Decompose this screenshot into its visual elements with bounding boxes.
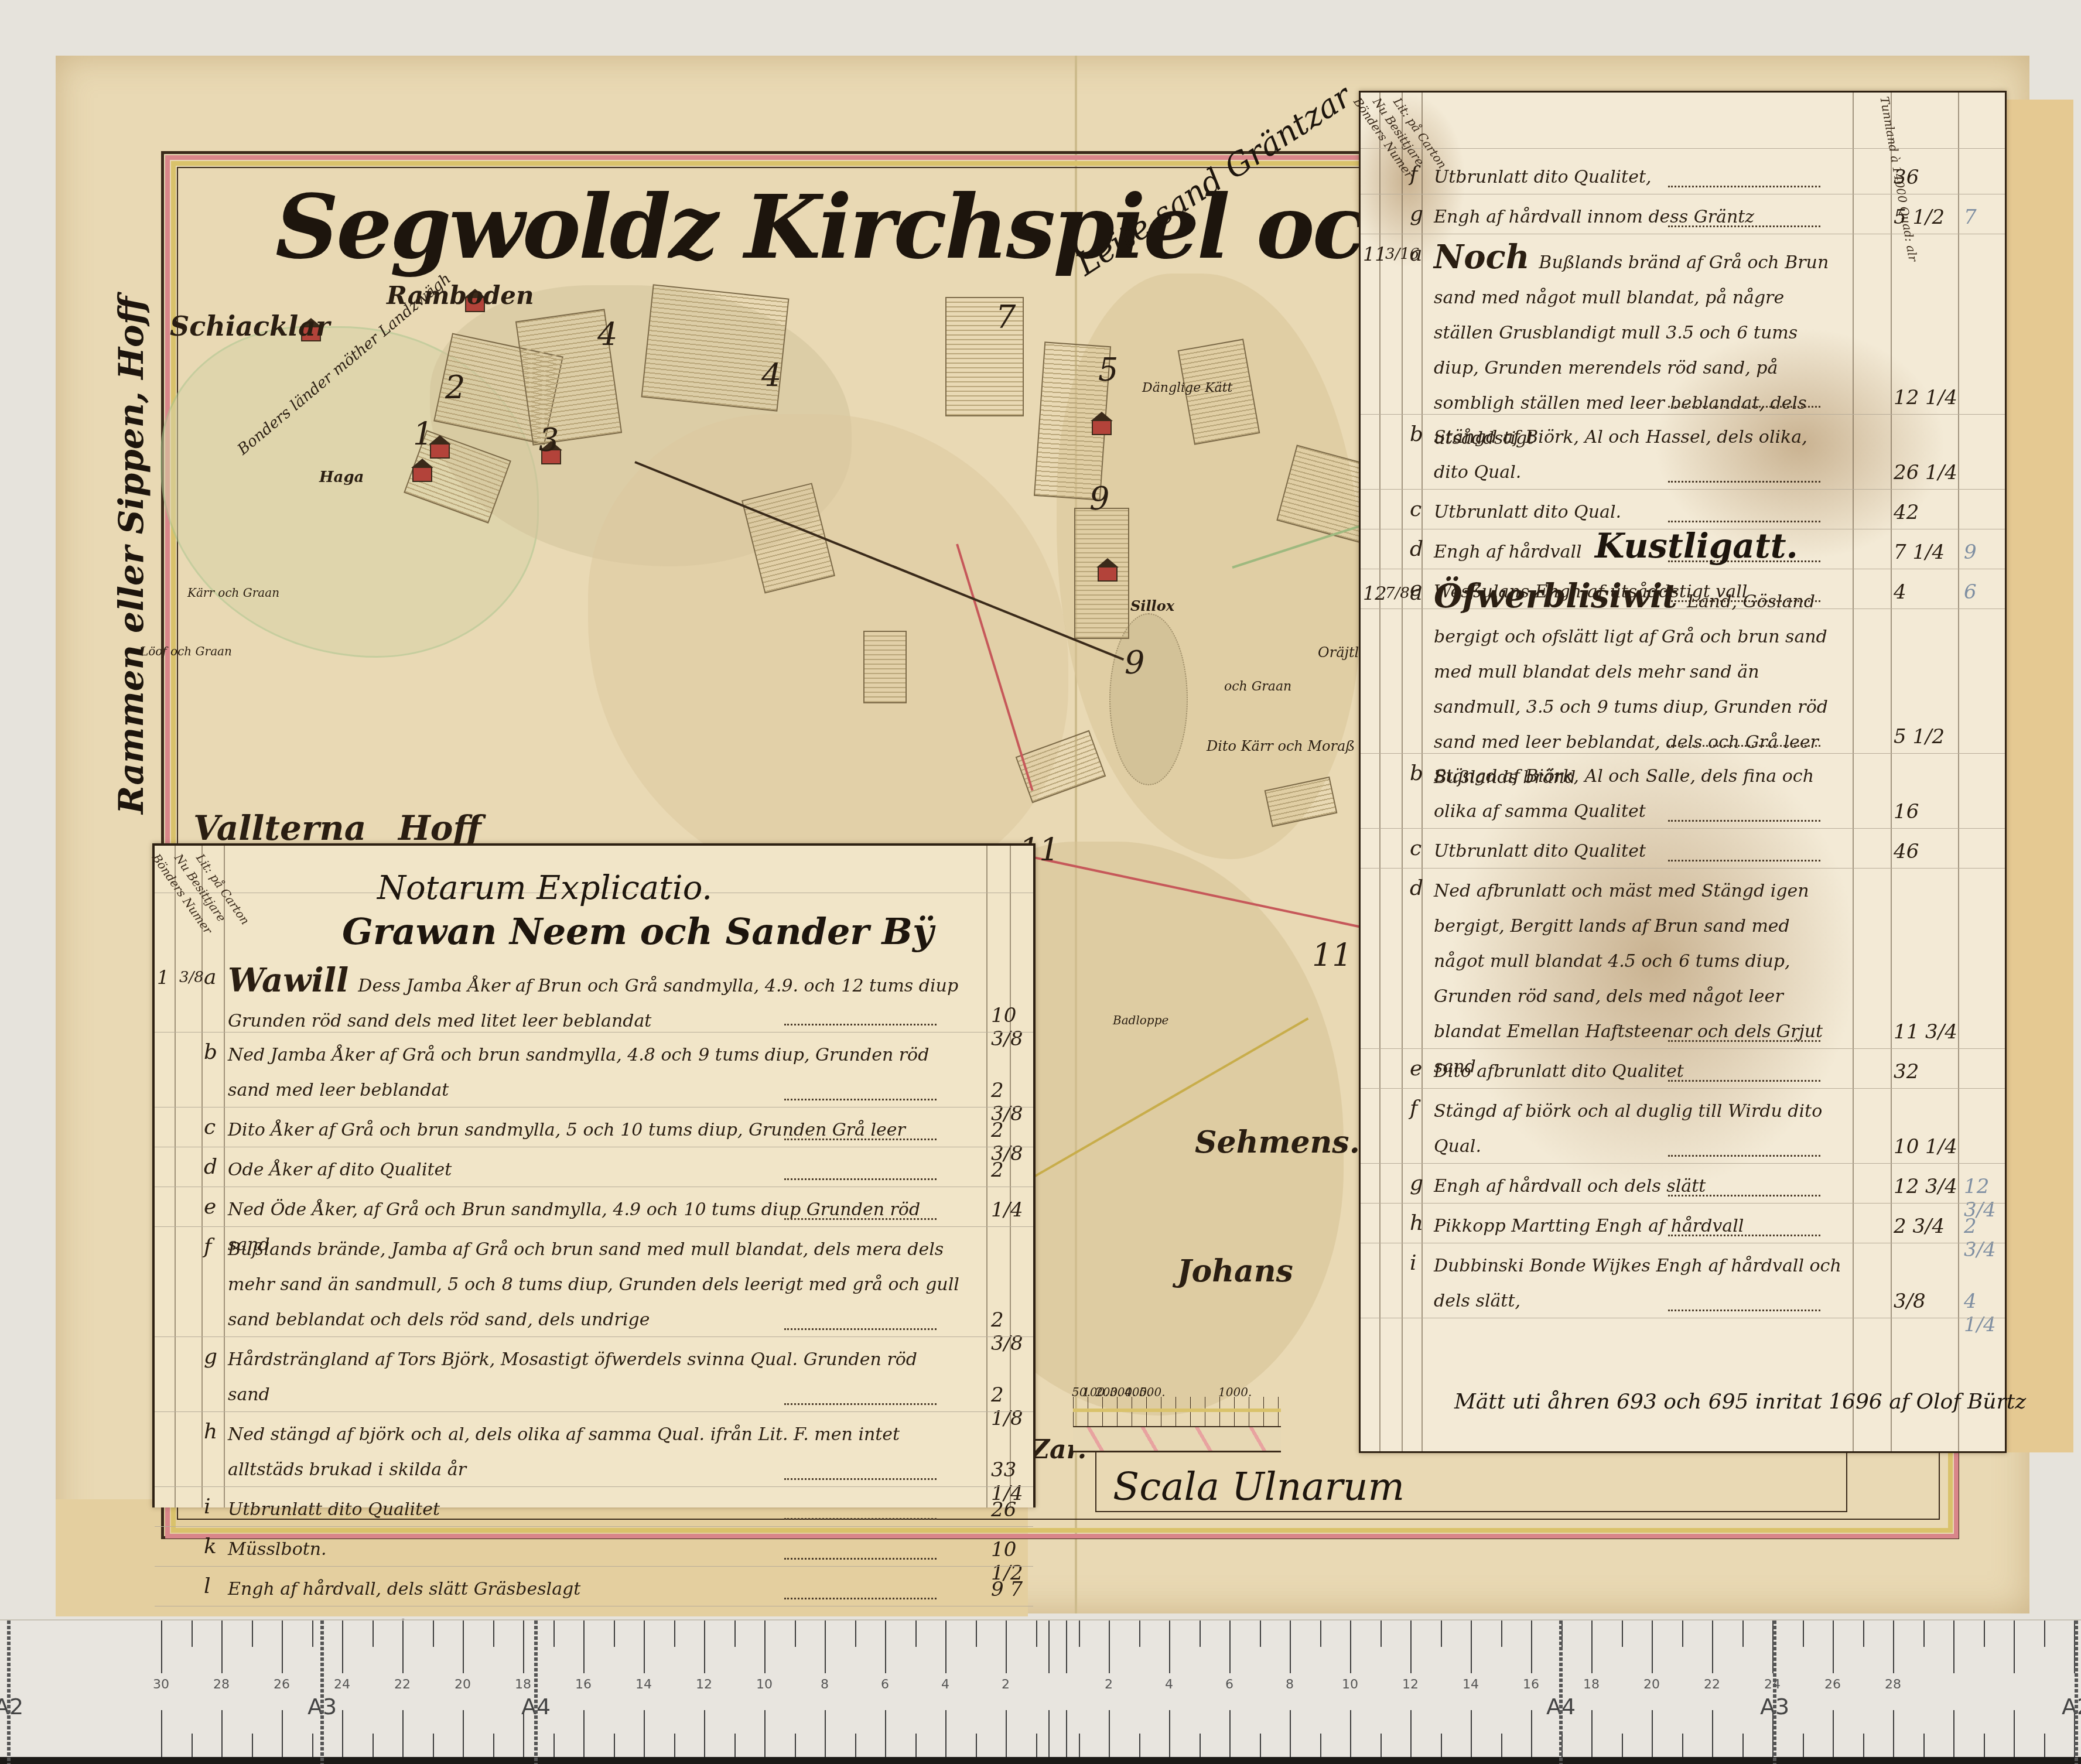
ruled-line (1361, 569, 2005, 569)
legend-letter: a (1410, 242, 1422, 266)
ruler-tick (1652, 1710, 1653, 1757)
ruler-tick (1984, 1621, 1985, 1647)
leader-dots (784, 1024, 937, 1025)
pencil-annotation: 9 (1964, 541, 1977, 564)
ruled-line (155, 1107, 1033, 1107)
ruler-tick (1953, 1621, 1954, 1673)
scale-title: Scala Ulnarum (1113, 1464, 1405, 1509)
plot-number: 12 (1363, 582, 1387, 604)
ruler-tick (1066, 1710, 1067, 1757)
ruler-tick (1501, 1621, 1502, 1647)
ruler-tick (976, 1621, 977, 1647)
ruled-line (155, 1032, 1033, 1033)
area-value: 2 (991, 1158, 1004, 1182)
ruler-tick (1803, 1621, 1804, 1647)
legend-entry: gHårdsträngland af Tors Björk, Mosastigt… (155, 1342, 1033, 1413)
legend-entry: fUtbrunlatt dito Qualitet,36 (1361, 160, 2005, 195)
ruler-tick (1320, 1734, 1321, 1757)
ruler-tick (1652, 1621, 1653, 1673)
legend-letter: e (204, 1195, 216, 1219)
legend-entry: cUtbrunlatt dito Qualitet46 (1361, 834, 2005, 869)
legend-description: Ned afbrunlatt och mäst med Stängd igen … (1434, 874, 1844, 1085)
ruler-tick (1501, 1734, 1502, 1757)
legend-description: Engh af hårdvall, dels slätt Gräsbeslagt (228, 1572, 960, 1607)
leader-dots (1668, 860, 1820, 862)
ruler-tick (402, 1710, 404, 1757)
legend-entry: gEngh af hårdvall och dels slätt12 3/412… (1361, 1169, 2005, 1204)
ruler-tick (1066, 1621, 1067, 1673)
ruler-number: 4 (1165, 1677, 1173, 1692)
ruled-line (155, 1336, 1033, 1337)
legend-description: Stängd af Biörk, Al och Salle, dels fina… (1434, 759, 1844, 829)
ruler-tick (1036, 1734, 1037, 1757)
legend-letter: b (204, 1040, 217, 1064)
ruler-tick (1260, 1621, 1261, 1647)
leader-dots (784, 1099, 937, 1100)
ruler-tick (885, 1710, 886, 1757)
legend-entry: cDito Åker af Grå och brun sandmylla, 5 … (155, 1113, 1033, 1148)
leader-dots (1668, 1235, 1820, 1236)
paper-size-line (1773, 1621, 1776, 1764)
ruler-number: 14 (1462, 1677, 1479, 1692)
holding-name: Noch (1434, 238, 1529, 276)
ruler-tick (373, 1621, 374, 1647)
field-note: Löof och Graan (141, 644, 232, 658)
ruled-line (155, 1147, 1033, 1147)
ruler-tick (1200, 1734, 1201, 1757)
description-text: Utbrunlatt dito Qual. (1434, 502, 1621, 522)
ruled-line (1361, 234, 2005, 234)
legend-letter: g (204, 1345, 217, 1369)
scale-bar-yellow (1073, 1409, 1281, 1412)
ruler-tick (221, 1621, 223, 1673)
ruler-tick (1169, 1621, 1170, 1673)
area-value: 26 (991, 1498, 1016, 1522)
legend-entry: dOde Åker af dito Qualitet2 (155, 1153, 1033, 1188)
region-label-haga: Haga (319, 469, 364, 486)
legend-entry: fStängd af biörk och al duglig till Wird… (1361, 1094, 2005, 1164)
leader-dots (784, 1218, 937, 1220)
ruler-tick (614, 1621, 615, 1647)
description-text: Dubbinski Bonde Wijkes Engh af hårdvall … (1434, 1256, 1841, 1311)
ruler-tick (855, 1734, 856, 1757)
ruler-number: 18 (1583, 1677, 1600, 1692)
leader-dots (1668, 521, 1820, 522)
legend-letter: e (1410, 1057, 1422, 1081)
ruler-tick (1079, 1734, 1080, 1757)
ruler-tick (463, 1710, 464, 1757)
ruler-tick (523, 1621, 524, 1673)
ruler-tick (734, 1621, 736, 1647)
plot-number: 2 (445, 369, 465, 406)
ruler-tick (1984, 1734, 1985, 1757)
ruler-tick (1471, 1621, 1472, 1673)
ruler-number: 2 (1105, 1677, 1113, 1692)
ruler-tick (1381, 1621, 1382, 1647)
field-note: Dito Kärr och Moraß (1207, 738, 1355, 754)
description-text: Bußlands brände, Jamba af Grå och brun s… (228, 1239, 959, 1330)
description-text: Bußlands bränd af Grå och Brun sand med … (1434, 252, 1829, 449)
ruler-tick (825, 1621, 826, 1673)
scale-bar-hatch (1073, 1427, 1281, 1452)
ruler-tick (192, 1621, 193, 1647)
ruler-tick (1048, 1621, 1050, 1673)
ruler-tick (674, 1621, 675, 1647)
leader-dots (784, 1518, 937, 1520)
description-text: Müsslbotn. (228, 1539, 327, 1560)
legend-letter: f (1410, 1096, 1417, 1120)
ruler-tick (1410, 1621, 1412, 1673)
ruler-number: 18 (515, 1677, 531, 1692)
area-value: 9 7 (991, 1578, 1023, 1601)
ruler-tick (252, 1621, 253, 1647)
plot-number: 4 (597, 316, 617, 353)
plot-number: 9 (1125, 644, 1144, 681)
paper-size-line (2075, 1621, 2078, 1764)
ruler-tick (1863, 1734, 1864, 1757)
ruler-number: 14 (635, 1677, 652, 1692)
region-label-hoff: Hoff (398, 808, 481, 848)
ruled-line (1361, 414, 2005, 415)
ruler-tick (1381, 1734, 1382, 1757)
legend-description: Müsslbotn. (228, 1532, 960, 1567)
legend-letter: c (1410, 836, 1421, 860)
legend-description: Utbrunlatt dito Qualitet, (1434, 160, 1844, 195)
ruler-tick (1833, 1710, 1834, 1757)
ruler-tick (282, 1621, 283, 1673)
legend-letter: g (1410, 202, 1423, 226)
ruled-line (155, 1411, 1033, 1412)
ruler-tick (764, 1621, 766, 1673)
ruler-tick (2044, 1621, 2045, 1647)
ruler-number: 10 (756, 1677, 773, 1692)
description-text: Ode Åker af dito Qualitet (228, 1160, 452, 1180)
ruler-tick (1712, 1621, 1713, 1673)
leader-dots (1668, 1310, 1820, 1311)
legend-description: Utbrunlatt dito Qualitet (1434, 834, 1844, 869)
ruler-tick (553, 1621, 555, 1647)
plot-number: 5 (1098, 351, 1118, 388)
area-value: 5 1/2 (1894, 725, 1945, 748)
ruler-tick (855, 1621, 856, 1647)
ruler-tick (915, 1734, 917, 1757)
ruler-tick (945, 1621, 946, 1673)
legend-letter: k (204, 1534, 217, 1558)
description-text: Ned Jamba Åker af Grå och brun sandmylla… (228, 1045, 929, 1100)
paper-size-line (320, 1621, 324, 1764)
holding-name: Wawill (228, 961, 348, 1000)
ruler-tick (976, 1734, 977, 1757)
ruler-tick (1290, 1621, 1291, 1673)
ruler-tick (1260, 1734, 1261, 1757)
legend-description: Bußlands brände, Jamba af Grå och brun s… (228, 1232, 960, 1338)
ruler-tick (342, 1710, 343, 1757)
region-label-vallterna: Vallterna (193, 808, 366, 848)
ruled-line (155, 1486, 1033, 1487)
area-value: 16 (1894, 800, 1919, 823)
legend-letter: c (204, 1115, 216, 1139)
legend-entry: eDito afbrunlatt dito Qualitet32 (1361, 1054, 2005, 1089)
ruler-tick (1200, 1621, 1201, 1647)
leader-dots (1668, 1155, 1820, 1157)
ruler-tick (252, 1734, 253, 1757)
ruler-tick (1109, 1710, 1110, 1757)
description-text: Engh af hårdvall innom dess Gräntz (1434, 207, 1754, 227)
ruler-number: 24 (1764, 1677, 1781, 1692)
ruler-number: 6 (1225, 1677, 1233, 1692)
legend-description: Engh af hårdvall innom dess Gräntz (1434, 200, 1844, 235)
legend-letter: i (204, 1495, 211, 1519)
ruler-tick (2014, 1621, 2015, 1673)
region-label-sehmens: Sehmens. (1195, 1124, 1360, 1160)
ruler-tick (342, 1621, 343, 1673)
ruler-number: 10 (1342, 1677, 1358, 1692)
legend-letter: b (1410, 761, 1423, 785)
legend-description: Utbrunlatt dito Qual. (1434, 495, 1844, 530)
holding-name: Öfwerblisiwit (1434, 577, 1677, 616)
ruler-tick (1320, 1621, 1321, 1647)
legend-entry: hNed stängd af björk och al, dels olika … (155, 1417, 1033, 1488)
ruler-tick (1712, 1710, 1713, 1757)
leader-dots (784, 1139, 937, 1140)
ruler-tick (734, 1734, 736, 1757)
ruler-tick (1139, 1734, 1140, 1757)
area-value: 46 (1894, 840, 1919, 863)
ruler-number: 26 (1824, 1677, 1841, 1692)
measuring-ruler: 3028262422201816141210864224681012141618… (0, 1619, 2081, 1764)
ruler-tick (312, 1734, 313, 1757)
legend-description: Stängd af Biörk, Al och Hassel, dels oli… (1434, 420, 1844, 490)
ruler-tick (1923, 1621, 1925, 1647)
region-label-ramboden: Ramboden (387, 281, 534, 310)
legend-entry: bStängd af Biörk, Al och Salle, dels fin… (1361, 759, 2005, 829)
ruler-tick (1923, 1734, 1925, 1757)
legend-entry: gEngh af hårdvall innom dess Gräntz5 1/2… (1361, 200, 2005, 235)
ruler-tick (192, 1734, 193, 1757)
leader-dots (784, 1558, 937, 1560)
ruler-tick (1742, 1734, 1744, 1757)
ruler-number: 8 (821, 1677, 829, 1692)
field-note: Kärr och Graan (187, 586, 279, 600)
leader-dots (1668, 745, 1820, 747)
plot-number: 7 (996, 299, 1016, 336)
farmstead-icon (1098, 566, 1118, 582)
legend-description: Dito Åker af Grå och brun sandmylla, 5 o… (228, 1113, 960, 1148)
ruler-tick (885, 1621, 886, 1673)
ruled-line (155, 1526, 1033, 1527)
ruler-tick (1006, 1710, 1007, 1757)
legend-entry: 113/16aNochBußlands bränd af Grå och Bru… (1361, 240, 2005, 415)
plot-number: 1 (157, 966, 169, 989)
plot-number: 11 (1312, 937, 1352, 974)
ruler-tick (1048, 1710, 1050, 1757)
legend-entry: bStängd af Biörk, Al och Hassel, dels ol… (1361, 420, 2005, 490)
ruler-tick (644, 1710, 645, 1757)
leader-dots (1668, 481, 1820, 483)
ruler-number: 4 (941, 1677, 949, 1692)
ruler-tick (161, 1710, 162, 1757)
ruler-tick (764, 1710, 766, 1757)
legend-letter: a (204, 965, 216, 989)
ruled-line (1361, 1088, 2005, 1089)
legend-letter: f (204, 1235, 211, 1259)
ruler-number: 28 (1885, 1677, 1901, 1692)
ruler-tick (1893, 1710, 1894, 1757)
ruled-line (155, 1187, 1033, 1187)
description-text: Hårdsträngland af Tors Björk, Mosastigt … (228, 1349, 917, 1405)
ruler-number: 24 (334, 1677, 350, 1692)
ruler-tick (1229, 1621, 1231, 1673)
ruler-tick (1139, 1621, 1140, 1647)
legend-letter: h (204, 1420, 217, 1444)
description-text: Dito Åker af Grå och brun sandmylla, 5 o… (228, 1120, 905, 1140)
area-value: 12 3/4 (1894, 1175, 1957, 1198)
ruler-tick (795, 1621, 796, 1647)
ruler-tick (1350, 1621, 1351, 1673)
ruler-tick (1441, 1621, 1442, 1647)
ruler-tick (1682, 1734, 1683, 1757)
ruled-line (1361, 489, 2005, 490)
ruler-number: 6 (881, 1677, 889, 1692)
legend-entry: eNed Öde Åker, af Grå och Brun sandmylla… (155, 1192, 1033, 1228)
description-text: Ned afbrunlatt och mäst med Stängd igen … (1434, 881, 1823, 1077)
ruled-line (1361, 1203, 2005, 1204)
legend-entry: iDubbinski Bonde Wijkes Engh af hårdvall… (1361, 1249, 2005, 1319)
legend-letter: a (1410, 581, 1422, 605)
pencil-annotation: 7 (1964, 206, 1977, 229)
leader-dots (784, 1403, 937, 1405)
ruler-tick (493, 1621, 494, 1647)
ruler-tick (674, 1734, 675, 1757)
ruler-tick (795, 1734, 796, 1757)
ruler-tick (1290, 1710, 1291, 1757)
ruled-line (155, 1566, 1033, 1567)
area-value: 7 1/4 (1894, 541, 1945, 564)
region-label-johans: Johans (1177, 1253, 1293, 1289)
ruler-tick (433, 1734, 434, 1757)
ruled-line (1361, 753, 2005, 754)
ruler-tick (1622, 1734, 1623, 1757)
legend-description: Hårdsträngland af Tors Björk, Mosastigt … (228, 1342, 960, 1413)
leader-dots (1668, 225, 1820, 227)
leader-dots (784, 1178, 937, 1180)
section-title: Kustligatt. (1595, 526, 1798, 566)
ruler-tick (1350, 1710, 1351, 1757)
map-side-label: Rammen eller Sippen, Hoff (111, 296, 151, 814)
description-text: Utbrunlatt dito Qualitet, (1434, 167, 1652, 187)
ruler-number: 16 (575, 1677, 592, 1692)
ruler-tick (1803, 1734, 1804, 1757)
description-text: Pikkopp Martting Engh af hårdvall (1434, 1216, 1744, 1236)
legend-description: WawillDess Jamba Åker af Brun och Grå sa… (228, 963, 960, 1039)
ruler-number: 30 (153, 1677, 169, 1692)
ruler-tick (1893, 1621, 1894, 1673)
description-text: Utbrunlatt dito Qualitet (228, 1499, 440, 1520)
legend-description: Dubbinski Bonde Wijkes Engh af hårdvall … (1434, 1249, 1844, 1319)
plot-number: 3 (539, 422, 559, 459)
legend-entry: fBußlands brände, Jamba af Grå och brun … (155, 1232, 1033, 1338)
ruler-tick (1531, 1621, 1532, 1673)
paper-size-mark: A2 (0, 1694, 23, 1719)
ruler-number: 26 (274, 1677, 290, 1692)
field-zone-center (588, 414, 1068, 894)
field-note: Badloppe (1113, 1013, 1168, 1027)
leader-dots (1668, 406, 1820, 408)
area-value: 10 1/4 (1894, 1135, 1957, 1158)
ruler-tick (1229, 1710, 1231, 1757)
paper-strip (2003, 100, 2073, 1452)
legend-letter: b (1410, 422, 1423, 446)
ruler-tick (553, 1734, 555, 1757)
area-value: 1/4 (991, 1198, 1023, 1222)
ruler-tick (433, 1621, 434, 1647)
legend-panel-right: Lit: på Carton Nu Besittjare Bönders Num… (1359, 91, 2007, 1453)
ruler-tick (373, 1734, 374, 1757)
plot-number: 9 (1089, 480, 1109, 517)
legend-entry: cUtbrunlatt dito Qual.42 (1361, 495, 2005, 530)
legend-letter: h (1410, 1211, 1423, 1235)
legend-entry: dNed afbrunlatt och mäst med Stängd igen… (1361, 874, 2005, 1049)
area-value: 42 (1894, 501, 1919, 524)
legend-entry: 13/8aWawillDess Jamba Åker af Brun och G… (155, 963, 1033, 1033)
plot-fraction: 7/8 (1385, 584, 1410, 602)
description-text: Land, Gösland bergigt och ofslätt ligt a… (1434, 592, 1828, 788)
ruler-tick (945, 1710, 946, 1757)
leader-dots (1668, 1040, 1820, 1042)
ruler-tick (583, 1710, 585, 1757)
legend-description: Ned Jamba Åker af Grå och brun sandmylla… (228, 1038, 960, 1108)
ruler-tick (1441, 1734, 1442, 1757)
ruler-number: 12 (1402, 1677, 1419, 1692)
ruler-tick (312, 1621, 313, 1647)
field-note: och Graan (1224, 679, 1291, 694)
ruler-tick (1006, 1621, 1007, 1673)
area-value: 32 (1894, 1060, 1919, 1083)
ruler-tick (1591, 1710, 1593, 1757)
leader-dots (1668, 186, 1820, 187)
leader-dots (784, 1478, 937, 1480)
paper-size-mark: A2 (2062, 1694, 2081, 1719)
description-text: Dito afbrunlatt dito Qualitet (1434, 1061, 1684, 1082)
description-text: Stängd af biörk och al duglig till Wirdu… (1434, 1101, 1822, 1157)
area-value: 26 1/4 (1894, 461, 1957, 484)
legend-letter: f (1410, 162, 1417, 186)
ruler-tick (1742, 1621, 1744, 1647)
ruled-line (1361, 1318, 2005, 1318)
ruler-tick (1622, 1621, 1623, 1647)
description-text: Engh af hårdvall (1434, 542, 1582, 562)
ruler-tick (2014, 1710, 2015, 1757)
legend-description: Pikkopp Martting Engh af hårdvall (1434, 1209, 1844, 1244)
ruler-tick (1169, 1710, 1170, 1757)
ruler-number: 22 (394, 1677, 411, 1692)
surveyor-signature: Mätt uti åhren 693 och 695 inritat 1696 … (1454, 1390, 2026, 1414)
ruler-tick (1079, 1621, 1080, 1647)
ruler-tick (704, 1710, 705, 1757)
region-label-sillox: Sillox (1130, 597, 1174, 614)
paper-size-line (7, 1621, 11, 1764)
ruler-tick (644, 1621, 645, 1673)
region-label-schiaeklar: Schiacklar (170, 310, 330, 342)
legend-entry: 127/8aÖfwerblisiwitLand, Gösland bergigt… (1361, 579, 2005, 754)
ruler-number: 2 (1002, 1677, 1010, 1692)
legend-letter: d (204, 1155, 217, 1179)
ruler-tick (1833, 1621, 1834, 1673)
field-note: Dänglige Kätt (1142, 381, 1232, 395)
ruler-tick (915, 1621, 917, 1647)
ruler-number: 20 (1643, 1677, 1660, 1692)
ruler-tick (1863, 1621, 1864, 1647)
